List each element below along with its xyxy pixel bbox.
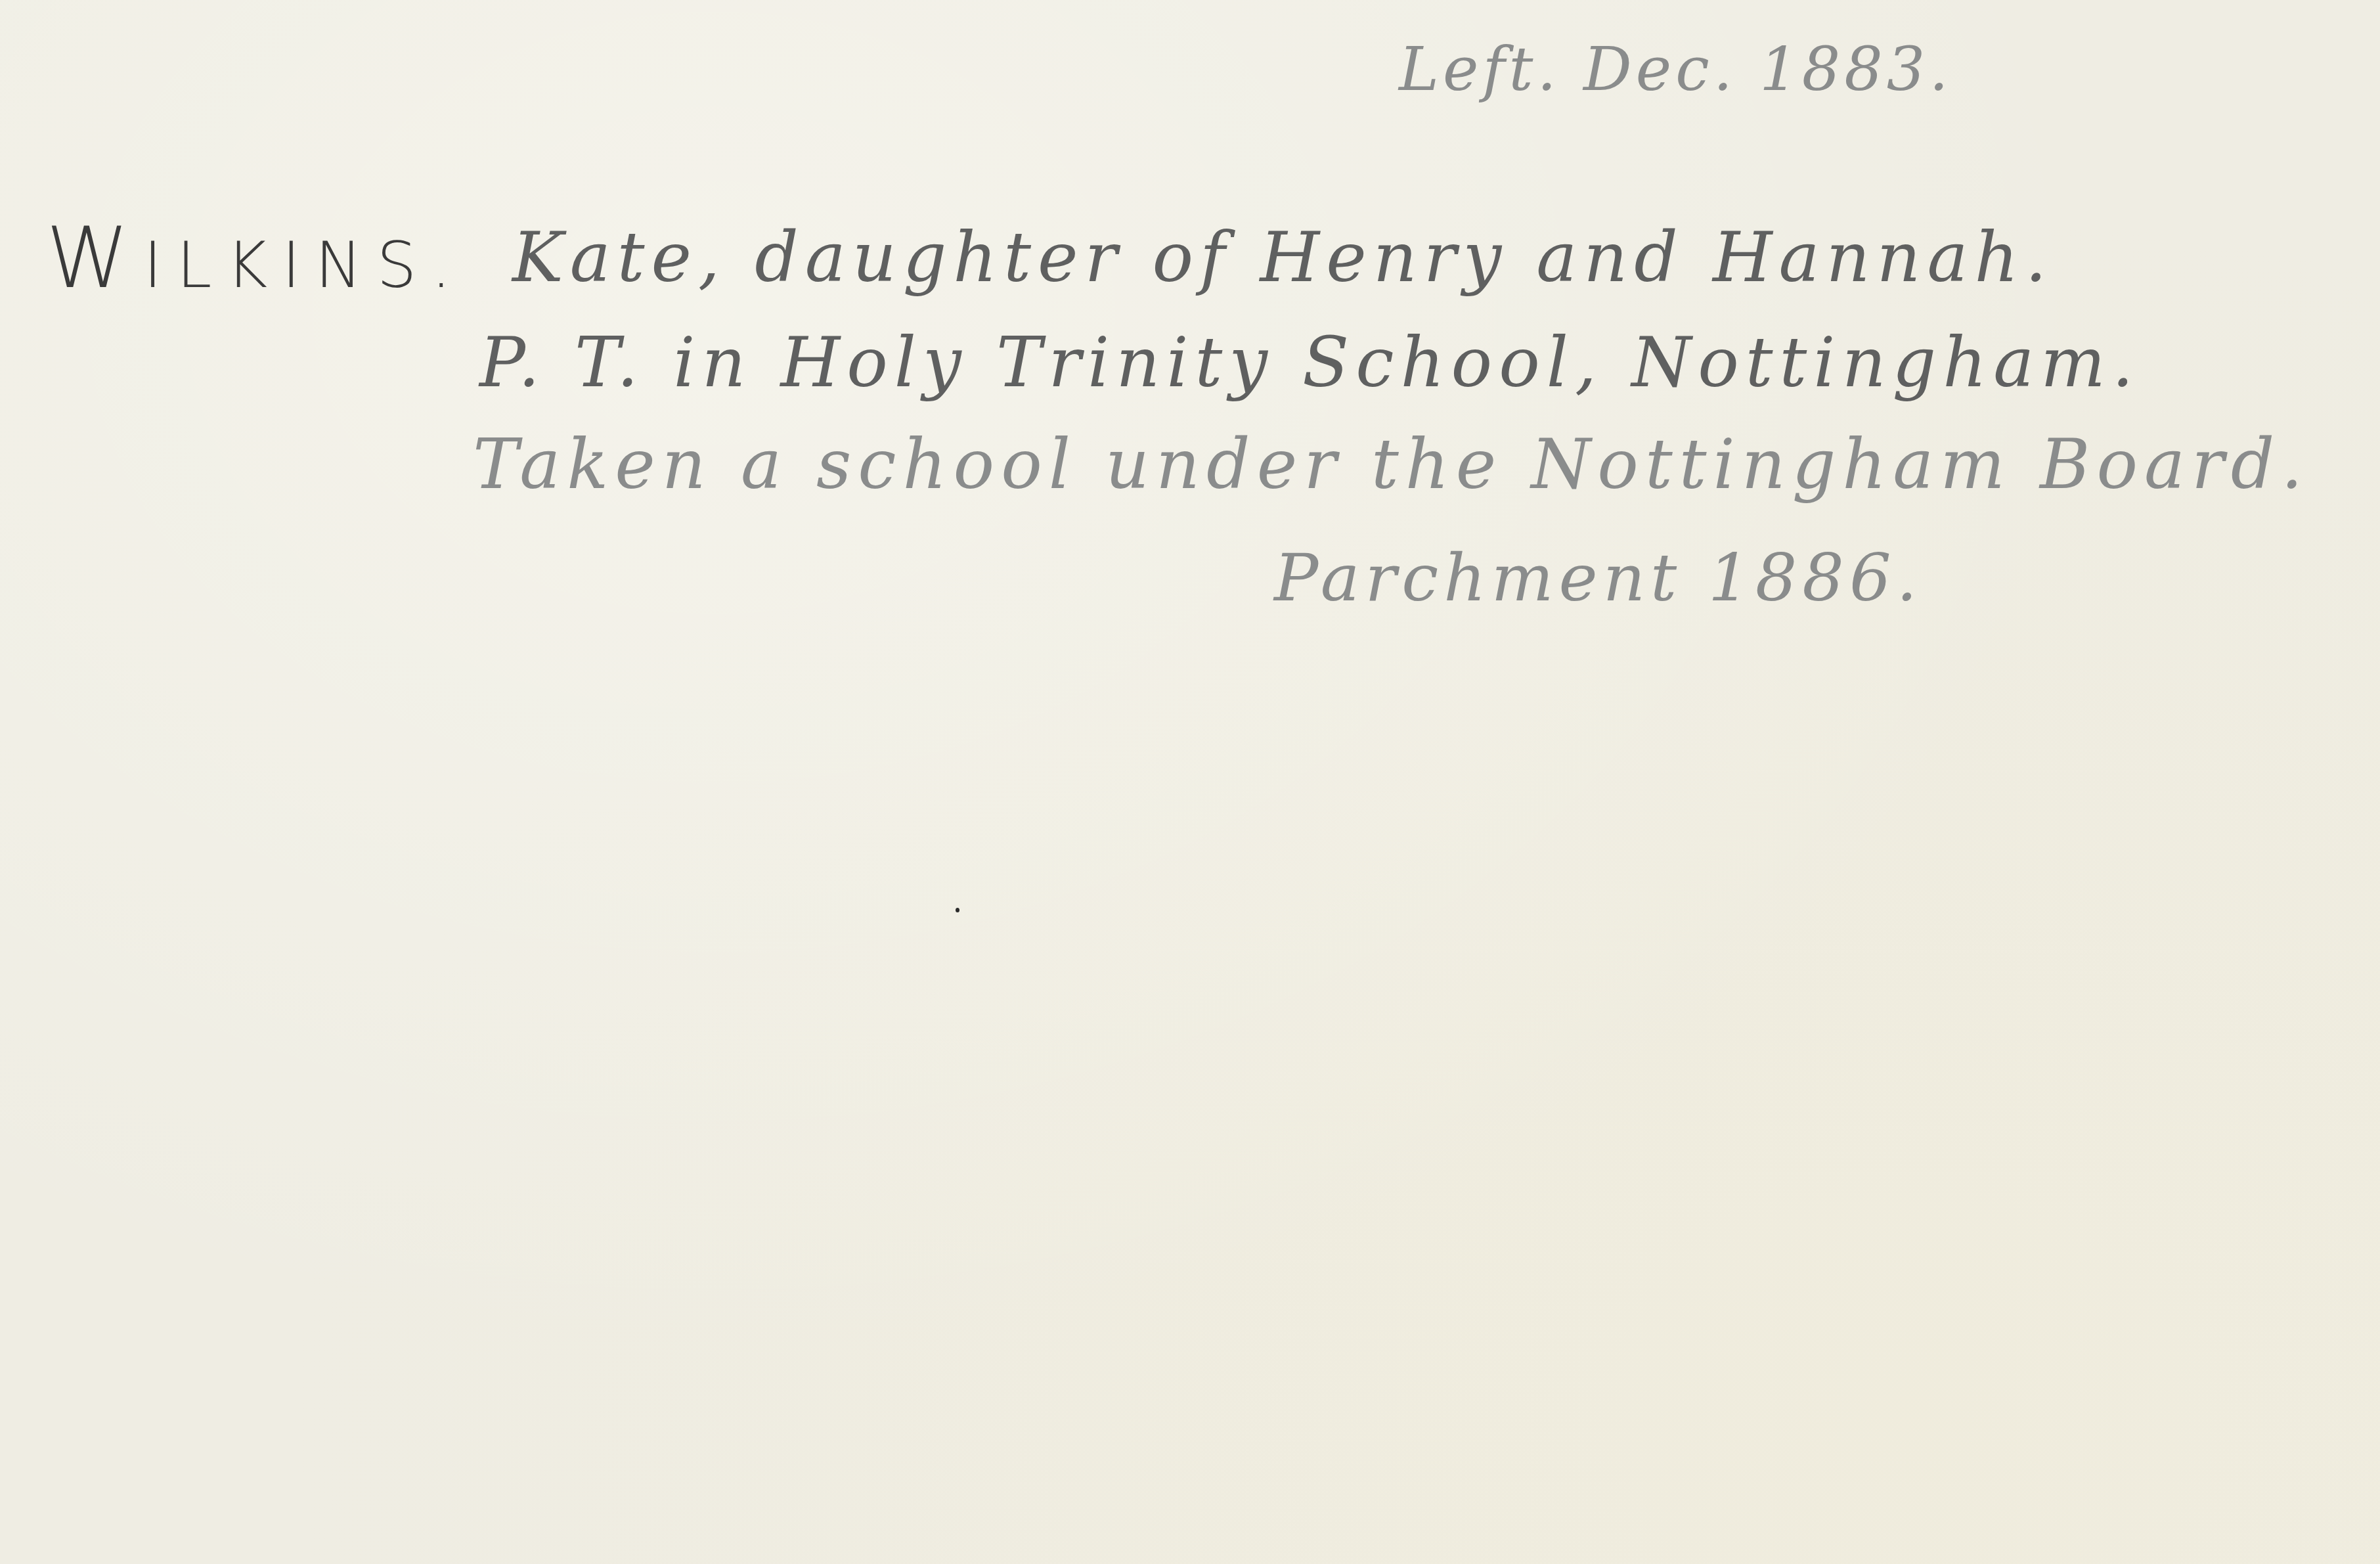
parchment-note: Parchment 1886. [1274, 545, 1922, 611]
entry-line-parentage: Kate, daughter of Henry and Hannah. [512, 223, 2054, 292]
entry-line-school: P. T. in Holy Trinity School, Nottingham… [479, 328, 2140, 397]
register-page: Left. Dec. 1883. WILKINS. Kate, daughter… [0, 0, 2380, 1564]
entry-surname: WILKINS. [46, 217, 466, 301]
entry-line-appointment: Taken a school under the Nottingham Boar… [473, 430, 2309, 499]
ink-speck-mark [956, 908, 959, 912]
surname-rest: ILKINS. [144, 229, 466, 302]
surname-initial: W [46, 210, 144, 307]
left-date-annotation: Left. Dec. 1883. [1399, 39, 1952, 100]
